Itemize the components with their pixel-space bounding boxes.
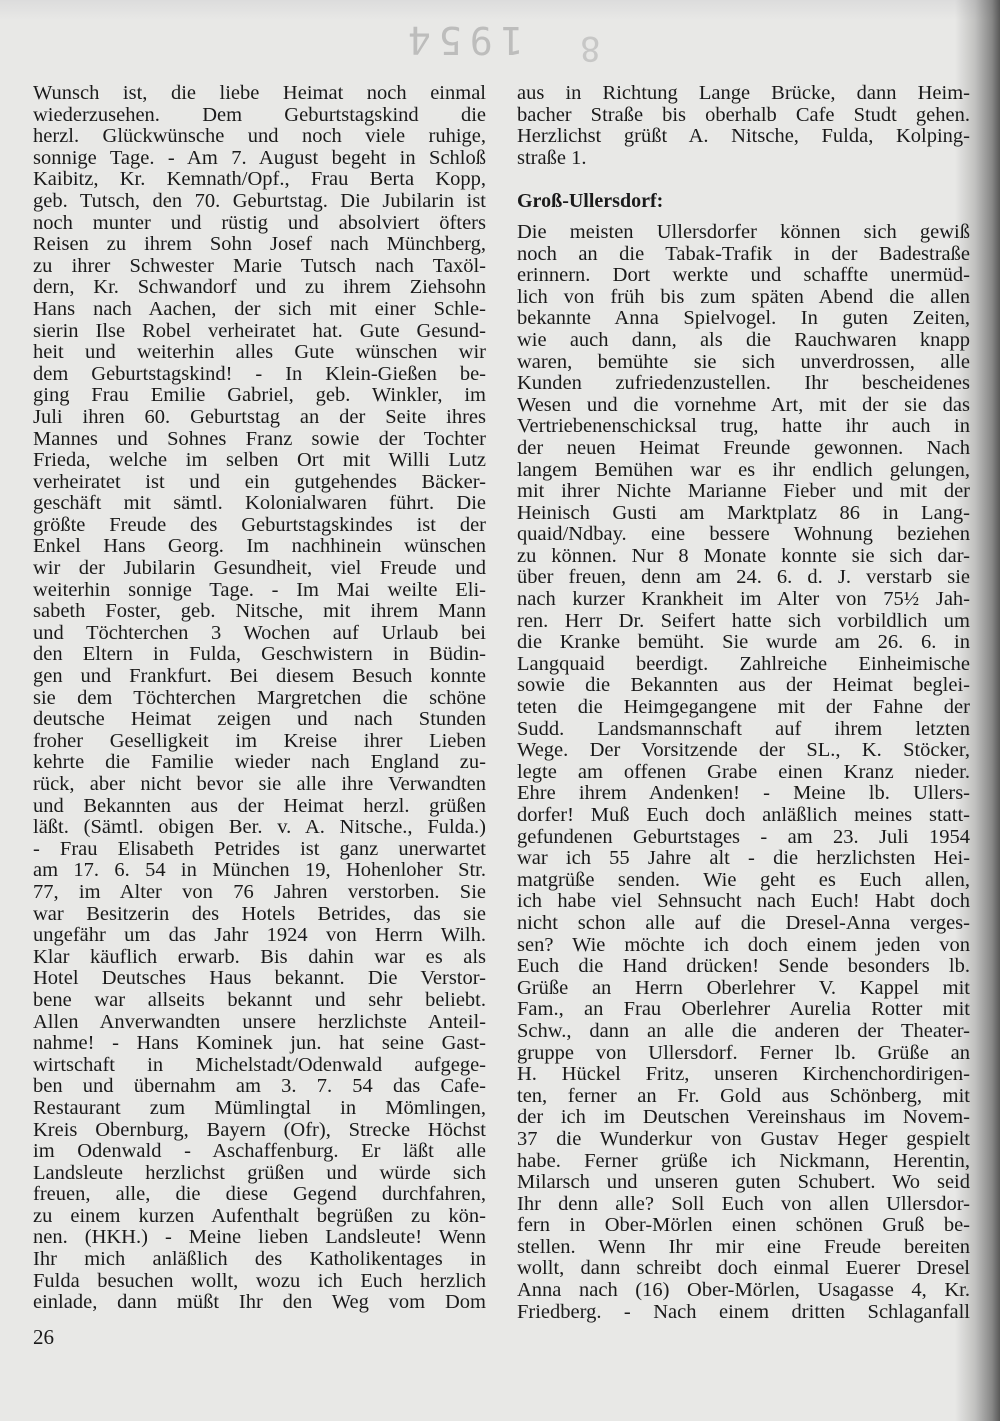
text-line: Restaurant zum Mümlingtal in Mömlingen,: [33, 1098, 486, 1120]
text-line: größte Freude des Geburtstagskindes ist …: [33, 515, 486, 537]
text-line: zu ihrer Schwester Marie Tutsch nach Tax…: [33, 256, 486, 278]
text-line: Enkel Hans Georg. Im nachhinein wünschen: [33, 536, 486, 558]
text-line: ging Frau Emilie Gabriel, geb. Winkler, …: [33, 385, 486, 407]
text-line: Wesen und die vornehme Art, mit der sie …: [517, 395, 970, 417]
text-line: 37 die Wunderkur von Gustav Heger gespie…: [517, 1129, 970, 1151]
text-line: den Eltern in Fulda, Geschwistern in Büd…: [33, 644, 486, 666]
text-line: aus in Richtung Lange Brücke, dann Heim-: [517, 83, 970, 105]
text-line: Wege. Der Vorsitzende der SL., K. Stöcke…: [517, 740, 970, 762]
text-line: Juli ihren 60. Geburtstag an der Seite i…: [33, 407, 486, 429]
left-column: Wunsch ist, die liebe Heimat noch einmal…: [33, 83, 486, 1314]
right-column: aus in Richtung Lange Brücke, dann Heim-…: [517, 83, 970, 1323]
text-line: Die meisten Ullersdorfer können sich gew…: [517, 222, 970, 244]
text-line: noch munter und rüstig und absolviert öf…: [33, 213, 486, 235]
text-line: sie dem Töchterchen Margretchen die schö…: [33, 688, 486, 710]
text-line: zu können. Nur 8 Monate konnte sie sich …: [517, 546, 970, 568]
text-line: dern, Kr. Schwandorf und zu ihrem Ziehso…: [33, 277, 486, 299]
text-line: einlade, dann müßt Ihr den Weg vom Dom: [33, 1292, 486, 1314]
text-line: froher Geselligkeit im Kreise ihrer Lieb…: [33, 731, 486, 753]
text-line: erinnern. Dort werkte und schaffte unerm…: [517, 265, 970, 287]
text-line: wiederzusehen. Dem Geburtstagskind die: [33, 105, 486, 127]
text-line: gefundenen Geburtstages - am 23. Juli 19…: [517, 827, 970, 849]
archive-stamp-mark: 8: [580, 28, 600, 68]
text-line: Ehre ihrem Andenken! - Meine lb. Ullers-: [517, 783, 970, 805]
text-line: teten die Heimgegangene mit der Fahne de…: [517, 697, 970, 719]
text-line: Reisen zu ihrem Sohn Josef nach Münchber…: [33, 234, 486, 256]
text-line: und Töchterchen 3 Wochen auf Urlaub bei: [33, 623, 486, 645]
text-line: sabeth Foster, geb. Nitsche, mit ihrem M…: [33, 601, 486, 623]
text-line: Landsleute herzlichst grüßen und würde s…: [33, 1163, 486, 1185]
document-page: 1954 8 Wunsch ist, die liebe Heimat noch…: [0, 0, 1000, 1421]
text-line: dem Geburtstagskind! - In Klein-Gießen b…: [33, 364, 486, 386]
text-line: Grüße an Herrn Oberlehrer V. Kappel mit: [517, 978, 970, 1000]
text-line: Friedberg. - Nach einem dritten Schlagan…: [517, 1302, 970, 1324]
text-line: war ich 55 Jahre alt - die herzlichsten …: [517, 848, 970, 870]
text-line: sierin Ilse Robel verheiratet hat. Gute …: [33, 321, 486, 343]
text-line: Frieda, welche im selben Ort mit Willi L…: [33, 450, 486, 472]
text-line: ten, ferner an Fr. Gold aus Schönberg, m…: [517, 1086, 970, 1108]
text-line: läßt. (Sämtl. obigen Ber. v. A. Nitsche.…: [33, 817, 486, 839]
text-line: Kunden zufriedenzustellen. Ihr bescheide…: [517, 373, 970, 395]
text-line: freuen, alle, die diese Gegend durchfahr…: [33, 1184, 486, 1206]
text-line: über freuen, denn am 24. 6. d. J. versta…: [517, 567, 970, 589]
text-line: 77, im Alter von 76 Jahren verstorben. S…: [33, 882, 486, 904]
page-number: 26: [33, 1325, 54, 1350]
text-line: Heinisch Gusti am Marktplatz 86 in Lang-: [517, 503, 970, 525]
text-line: wirtschaft in Michelstadt/Odenwald aufge…: [33, 1055, 486, 1077]
text-line: Schw., dann an alle die anderen der Thea…: [517, 1021, 970, 1043]
text-line: zu einem kurzen Aufenthalt begrüßen zu k…: [33, 1206, 486, 1228]
text-line: habe. Ferner grüße ich Nickmann, Herenti…: [517, 1151, 970, 1173]
text-line: rück, aber nicht bevor sie alle ihre Ver…: [33, 774, 486, 796]
text-line: waren, bemühte sie sich unverdrossen, al…: [517, 352, 970, 374]
text-line: ungefähr um das Jahr 1924 von Herrn Wilh…: [33, 925, 486, 947]
text-line: bene war allseits bekannt und sehr belie…: [33, 990, 486, 1012]
text-line: Allen Anverwandten unsere herzlichste An…: [33, 1012, 486, 1034]
text-line: geb. Tutsch, den 70. Geburtstag. Die Jub…: [33, 191, 486, 213]
text-line: nicht schon alle auf die Dresel-Anna ver…: [517, 913, 970, 935]
text-line: H. Hückel Fritz, unseren Kirchenchordiri…: [517, 1064, 970, 1086]
text-line: Sudd. Landsmannschaft auf ihrem letzten: [517, 719, 970, 741]
text-line: und Bekannten aus der Heimat herzl. grüß…: [33, 796, 486, 818]
right-column-intro: aus in Richtung Lange Brücke, dann Heim-…: [517, 83, 970, 169]
text-line: gen und Frankfurt. Bei diesem Besuch kon…: [33, 666, 486, 688]
text-line: nahme! - Hans Kominek jun. hat seine Gas…: [33, 1033, 486, 1055]
text-line: im Odenwald - Aschaffenburg. Er läßt all…: [33, 1141, 486, 1163]
text-line: Kaibitz, Kr. Kemnath/Opf., Frau Berta Ko…: [33, 169, 486, 191]
text-line: Hans nach Aachen, der sich mit einer Sch…: [33, 299, 486, 321]
text-line: der ich im Deutschen Vereinshaus im Nove…: [517, 1107, 970, 1129]
text-line: Ihr mich anläßlich des Katholikentages i…: [33, 1249, 486, 1271]
text-line: Fulda besuchen wollt, wozu ich Euch herz…: [33, 1271, 486, 1293]
text-line: ren. Herr Dr. Seifert hatte sich vorbild…: [517, 611, 970, 633]
text-line: sowie die Bekannten aus der Heimat begle…: [517, 675, 970, 697]
text-line: Milarsch und unseren guten Schubert. Wo …: [517, 1172, 970, 1194]
text-line: am 17. 6. 54 in München 19, Hohenloher S…: [33, 860, 486, 882]
text-line: legte am offenen Grabe einen Kranz niede…: [517, 762, 970, 784]
text-line: quaid/Ndbay. eine bessere Wohnung bezieh…: [517, 524, 970, 546]
section-heading-gross-ullersdorf: Groß-Ullersdorf:: [517, 191, 970, 213]
text-line: Klar käuflich erwarb. Bis dahin war es a…: [33, 947, 486, 969]
text-line: wie auch dann, als die Rauchwaren knapp: [517, 330, 970, 352]
text-line: Euch die Hand drücken! Sende besonders l…: [517, 956, 970, 978]
text-line: wir der Jubilarin Gesundheit, viel Freud…: [33, 558, 486, 580]
text-line: noch an die Tabak-Trafik in der Badestra…: [517, 244, 970, 266]
text-line: kehrte die Familie wieder nach England z…: [33, 752, 486, 774]
text-line: herzl. Glückwünsche und noch viele ruhig…: [33, 126, 486, 148]
text-line: bekannte Anna Spielvogel. In guten Zeite…: [517, 308, 970, 330]
text-line: langem Bemühen war es ihr endlich gelung…: [517, 460, 970, 482]
text-line: Kreis Obernburg, Bayern (Ofr), Strecke H…: [33, 1120, 486, 1142]
text-line: lich von früh bis zum späten Abend die a…: [517, 287, 970, 309]
right-column-body: Die meisten Ullersdorfer können sich gew…: [517, 222, 970, 1323]
text-line: mit ihrer Nichte Marianne Fieber und mit…: [517, 481, 970, 503]
text-line: Hotel Deutsches Haus bekannt. Die Versto…: [33, 968, 486, 990]
text-line: bacher Straße bis oberhalb Cafe Studt ge…: [517, 105, 970, 127]
text-line: der neuen Heimat Freunde gewonnen. Nach: [517, 438, 970, 460]
text-line: wollt, dann schreibt doch einmal Euerer …: [517, 1258, 970, 1280]
text-line: verheiratet ist und ein gutgehendes Bäck…: [33, 472, 486, 494]
text-line: Mannes und Sohnes Franz sowie der Tochte…: [33, 429, 486, 451]
text-line: die Kranke bemüht. Sie wurde am 26. 6. i…: [517, 632, 970, 654]
archive-stamp-year: 1954: [400, 18, 524, 62]
text-line: ich habe viel Sehnsucht nach Euch! Habt …: [517, 891, 970, 913]
text-line: Anna nach (16) Ober-Mörlen, Usagasse 4, …: [517, 1280, 970, 1302]
text-line: Fam., an Frau Oberlehrer Aurelia Rotter …: [517, 999, 970, 1021]
text-line: dorfer! Muß Euch doch anläßlich meines s…: [517, 805, 970, 827]
text-line: sonnige Tage. - Am 7. August begeht in S…: [33, 148, 486, 170]
text-line: weiterhin sonnige Tage. - Im Mai weilte …: [33, 580, 486, 602]
text-line: ben und übernahm am 3. 7. 54 das Cafe-: [33, 1076, 486, 1098]
text-line: stellen. Wenn Ihr mir eine Freude bereit…: [517, 1237, 970, 1259]
text-line: Ihr denn alle? Soll Euch von allen Uller…: [517, 1194, 970, 1216]
text-line: Langquaid beerdigt. Zahlreiche Einheimis…: [517, 654, 970, 676]
text-line: straße 1.: [517, 148, 970, 170]
text-line: matgrüße senden. Wie geht es Euch allen,: [517, 870, 970, 892]
text-line: nen. (HKH.) - Meine lieben Landsleute! W…: [33, 1227, 486, 1249]
text-line: Vertriebenenschicksal trug, hatte ihr au…: [517, 416, 970, 438]
text-line: deutsche Heimat zeigen und nach Stunden: [33, 709, 486, 731]
text-line: geschäft mit sämtl. Kolonialwaren führt.…: [33, 493, 486, 515]
text-line: gruppe von Ullersdorf. Ferner lb. Grüße …: [517, 1043, 970, 1065]
text-line: fern in Ober-Mörlen einen schönen Gruß b…: [517, 1215, 970, 1237]
text-line: sen? Wie möchte ich doch einem jeden von: [517, 935, 970, 957]
text-line: nach kurzer Krankheit im Alter von 75½ J…: [517, 589, 970, 611]
text-line: heit und weiterhin alles Gute wünschen w…: [33, 342, 486, 364]
text-line: war Besitzerin des Hotels Betrides, das …: [33, 904, 486, 926]
text-line: Herzlichst grüßt A. Nitsche, Fulda, Kolp…: [517, 126, 970, 148]
text-line: - Frau Elisabeth Petrides ist ganz unerw…: [33, 839, 486, 861]
text-line: Wunsch ist, die liebe Heimat noch einmal: [33, 83, 486, 105]
